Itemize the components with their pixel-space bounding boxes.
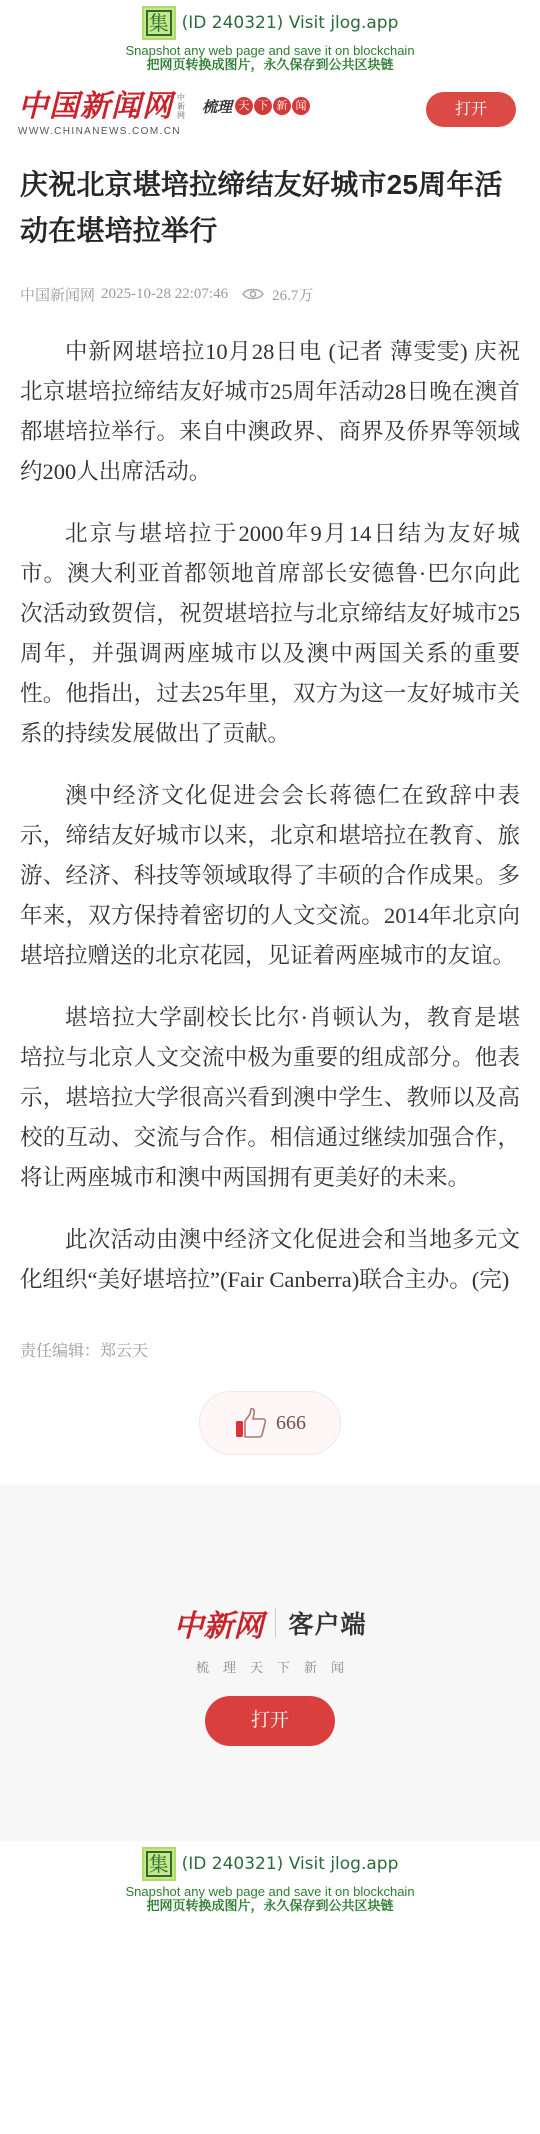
- open-app-button-promo[interactable]: 打开: [205, 1696, 335, 1746]
- open-app-button-header[interactable]: 打开: [426, 92, 516, 127]
- eye-icon: [242, 287, 264, 301]
- article-title: 庆祝北京堪培拉缔结友好城市25周年活动在堪培拉举行: [20, 162, 520, 254]
- paragraph: 中新网堪培拉10月28日电 (记者 薄雯雯) 庆祝北京堪培拉缔结友好城市25周年…: [20, 332, 520, 492]
- jlog-subtitle-en: Snapshot any web page and save it on blo…: [0, 44, 540, 58]
- like-button[interactable]: 666: [199, 1391, 341, 1455]
- jlog-banner-top: 集 (ID 240321) Visit jlog.app Snapshot an…: [0, 0, 540, 82]
- article: 庆祝北京堪培拉缔结友好城市25周年活动在堪培拉举行 中国新闻网 2025-10-…: [0, 162, 540, 1455]
- article-body: 中新网堪培拉10月28日电 (记者 薄雯雯) 庆祝北京堪培拉缔结友好城市25周年…: [20, 332, 520, 1300]
- promo-slogan: 梳理天下新闻: [0, 1657, 540, 1676]
- promo-divider: [275, 1608, 276, 1638]
- promo-client-label: 客户端: [288, 1605, 366, 1641]
- jlog-subtitle-zh: 把网页转换成图片，永久保存到公共区块链: [0, 58, 540, 72]
- header-slogan: 梳理 天 下 新 闻: [202, 96, 310, 117]
- article-meta: 中国新闻网 2025-10-28 22:07:46 26.7万: [20, 282, 520, 306]
- paragraph: 北京与堪培拉于2000年9月14日结为友好城市。澳大利亚首都领地首席部长安德鲁·…: [20, 514, 520, 754]
- slogan-dot: 闻: [292, 97, 310, 115]
- jlog-subtitle-en: Snapshot any web page and save it on blo…: [0, 1885, 540, 1899]
- view-count: 26.7万: [272, 284, 313, 305]
- jlog-title[interactable]: (ID 240321) Visit jlog.app: [182, 13, 399, 33]
- article-source: 中国新闻网: [20, 284, 95, 305]
- promo-brand-logo: 中新网: [173, 1601, 263, 1645]
- logo-url: WWW.CHINANEWS.COM.CN: [18, 126, 186, 137]
- article-datetime: 2025-10-28 22:07:46: [101, 286, 228, 303]
- paragraph: 澳中经济文化促进会会长蒋德仁在致辞中表示，缔结友好城市以来，北京和堪培拉在教育、…: [20, 776, 520, 976]
- thumbs-up-icon: [234, 1407, 268, 1439]
- paragraph: 此次活动由澳中经济文化促进会和当地多元文化组织“美好堪培拉”(Fair Canb…: [20, 1220, 520, 1300]
- paragraph: 堪培拉大学副校长比尔·肖顿认为，教育是堪培拉与北京人文交流中极为重要的组成部分。…: [20, 998, 520, 1198]
- slogan-dot: 天: [235, 97, 253, 115]
- slogan-script: 梳理: [202, 96, 232, 117]
- like-count: 666: [276, 1412, 306, 1435]
- responsible-editor: 责任编辑：郑云天: [20, 1338, 520, 1361]
- jlog-banner-bottom: 集 (ID 240321) Visit jlog.app Snapshot an…: [0, 1841, 540, 1923]
- chinanews-logo[interactable]: 中国新闻网 中新网 WWW.CHINANEWS.COM.CN: [18, 90, 186, 137]
- jlog-badge-icon: 集: [142, 6, 176, 40]
- jlog-subtitle-zh: 把网页转换成图片，永久保存到公共区块链: [0, 1899, 540, 1913]
- slogan-dot: 下: [254, 97, 272, 115]
- site-header: 中国新闻网 中新网 WWW.CHINANEWS.COM.CN 梳理 天 下 新 …: [0, 82, 540, 144]
- logo-text: 中国新闻网: [18, 90, 173, 124]
- logo-vertical-text: 中新网: [177, 93, 186, 120]
- jlog-badge-icon: 集: [142, 1847, 176, 1881]
- jlog-title[interactable]: (ID 240321) Visit jlog.app: [182, 1854, 399, 1874]
- slogan-dot: 新: [273, 97, 291, 115]
- app-promo: 中新网 客户端 梳理天下新闻 打开: [0, 1485, 540, 1841]
